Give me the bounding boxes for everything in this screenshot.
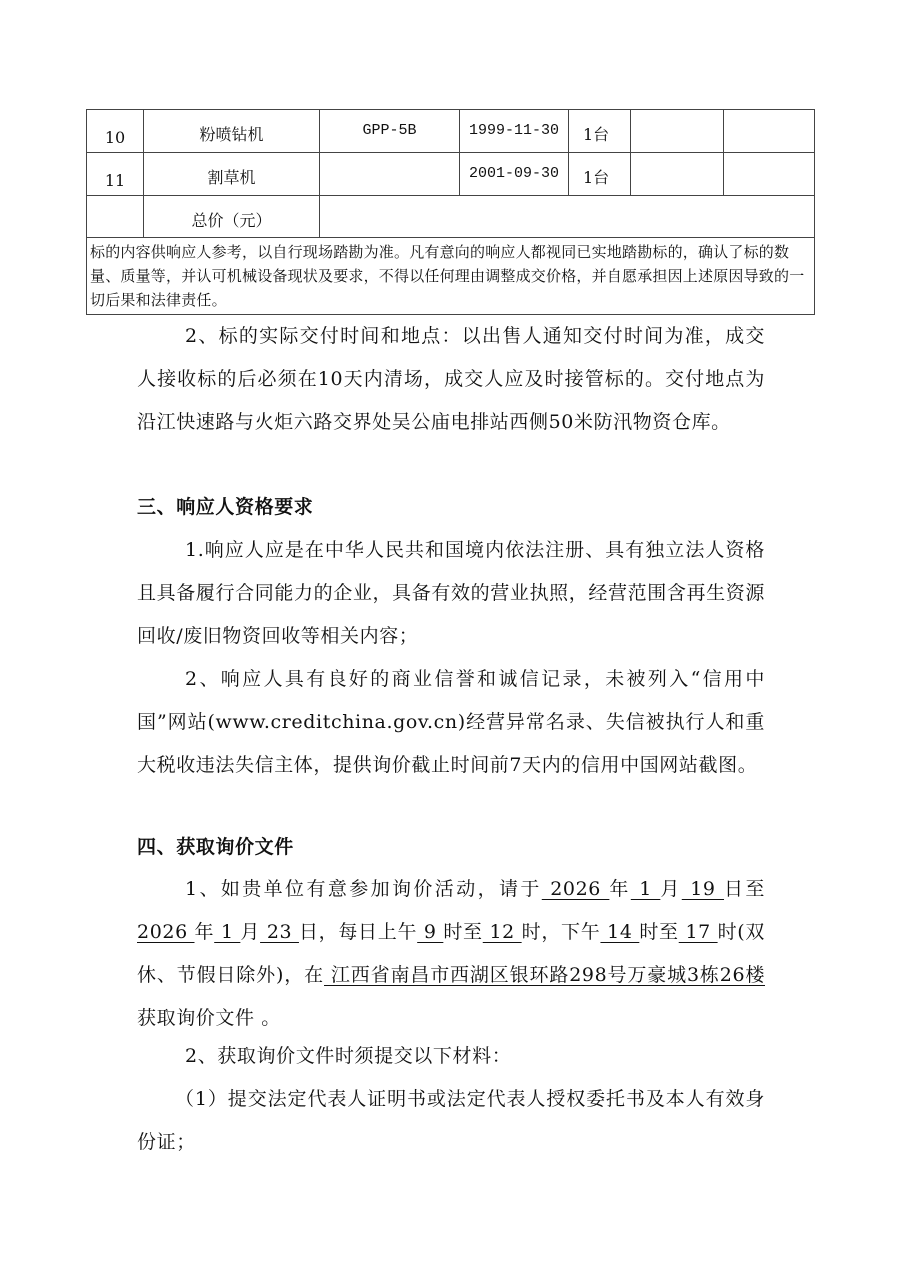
table-note: 标的内容供响应人参考，以自行现场踏勘为准。凡有意向的响应人都视同已实地踏勘标的，… [87,238,815,315]
equipment-name: 粉喷钻机 [144,110,320,153]
text: 月 [660,878,681,900]
empty-cell [631,153,724,196]
total-row: 总价（元） [87,196,815,238]
empty-cell [631,110,724,153]
table-row: 10 粉喷钻机 GPP-5B 1999-11-30 1台 [87,110,815,153]
total-label: 总价（元） [144,196,320,238]
start-day: 19 [682,878,724,900]
text: 年 [609,878,630,900]
empty-cell [724,110,815,153]
quantity: 1台 [569,153,631,196]
section-heading-qualification: 三、响应人资格要求 [137,486,313,529]
start-year: 2026 [542,878,610,900]
purchase-date: 2001-09-30 [460,153,569,196]
text: 时 [718,921,738,943]
am-start-hour: 9 [417,921,443,943]
empty-cell [724,153,815,196]
qualification-item-2: 2、响应人具有良好的商业信誉和诚信记录，未被列入“信用中国”网站(www.cre… [137,658,765,787]
end-month: 1 [214,921,240,943]
text: 时至 [443,921,482,943]
qualification-item-1: 1.响应人应是在中华人民共和国境内依法注册、具有独立法人资格且具备履行合同能力的… [137,529,765,658]
obtain-docs-item-1: 1、如贵单位有意参加询价活动，请于 2026 年 1 月 19 日至2026 年… [137,868,765,1040]
purchase-date: 1999-11-30 [460,110,569,153]
pickup-location: 江西省南昌市西湖区银环路298号万豪城3栋26楼 [324,964,765,986]
text: 获取询价文件 。 [137,1007,281,1029]
pm-end-hour: 17 [679,921,718,943]
obtain-docs-item-2-1: （1）提交法定代表人证明书或法定代表人授权委托书及本人有效身份证； [137,1078,765,1164]
pm-start-hour: 14 [600,921,639,943]
note-row: 标的内容供响应人参考，以自行现场踏勘为准。凡有意向的响应人都视同已实地踏勘标的，… [87,238,815,315]
empty-cell [87,196,144,238]
am-end-hour: 12 [483,921,522,943]
end-year: 2026 [137,921,195,943]
delivery-paragraph: 2、标的实际交付时间和地点：以出售人通知交付时间为准，成交人接收标的后必须在10… [137,315,765,444]
text: 时至 [639,921,678,943]
text: 1、如贵单位有意参加询价活动，请于 [185,878,542,900]
section-heading-obtain-docs: 四、获取询价文件 [137,826,294,869]
obtain-docs-item-2: 2、获取询价文件时须提交以下材料： [137,1035,765,1078]
quantity: 1台 [569,110,631,153]
equipment-table: 10 粉喷钻机 GPP-5B 1999-11-30 1台 11 割草机 2001… [86,109,815,315]
equipment-model [320,153,460,196]
end-day: 23 [260,921,299,943]
text: 日，每日上午 [299,921,417,943]
text: 月 [240,921,260,943]
row-number: 11 [87,153,144,196]
row-number: 10 [87,110,144,153]
equipment-name: 割草机 [144,153,320,196]
text: 日至 [724,878,765,900]
total-value [320,196,815,238]
text: 时，下午 [522,921,601,943]
equipment-model: GPP-5B [320,110,460,153]
start-month: 1 [631,878,661,900]
table-row: 11 割草机 2001-09-30 1台 [87,153,815,196]
text: 年 [195,921,215,943]
